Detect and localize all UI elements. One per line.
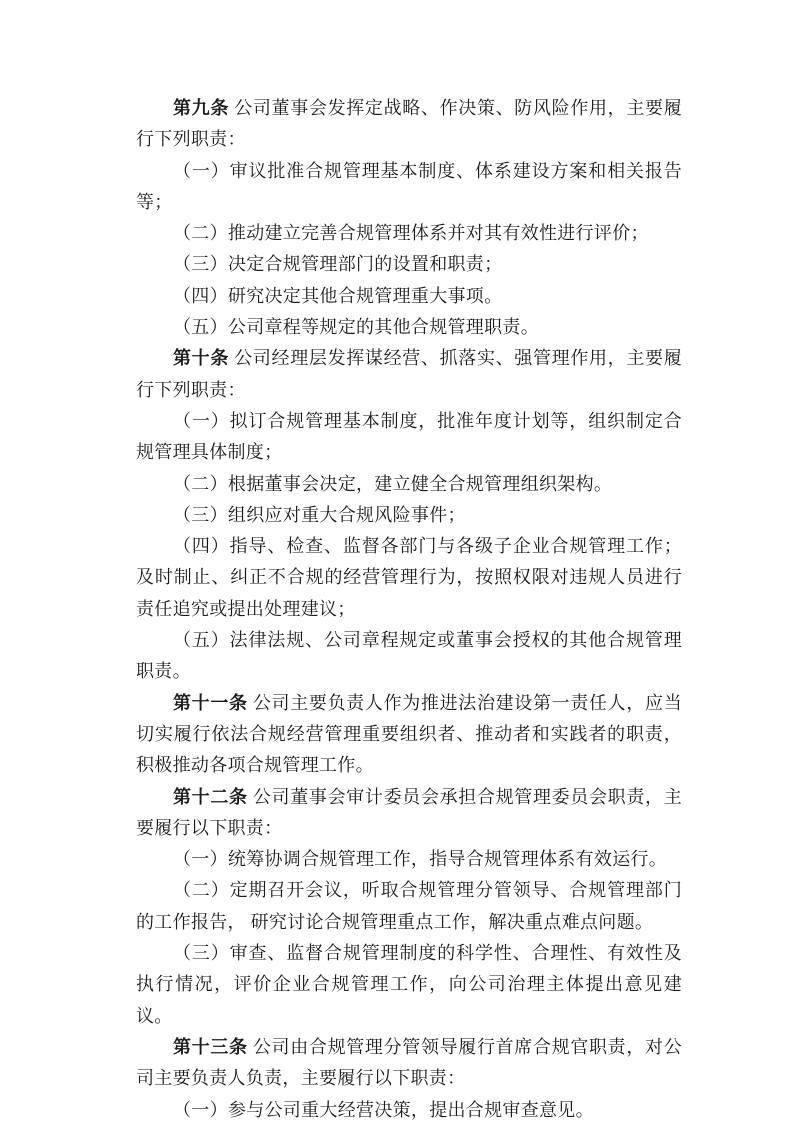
list-item: （五）法律法规、公司章程规定或董事会授权的其他合规管理职责。: [136, 625, 682, 688]
list-item: （四）指导、检查、监督各部门与各级子企业合规管理工作；及时制止、纠正不合规的经营…: [136, 531, 682, 625]
paragraph-text: （二）根据董事会决定，建立健全合规管理组织架构。: [173, 474, 612, 494]
list-item: （一）审议批准合规管理基本制度、体系建设方案和相关报告等；: [136, 156, 682, 219]
paragraph-text: （一）参与公司重大经营决策，提出合规审查意见。: [173, 1100, 594, 1120]
paragraph-text: （四）研究决定其他合规管理重大事项。: [173, 286, 502, 306]
paragraph-article-9: 第九条 公司董事会发挥定战略、作决策、防风险作用，主要履行下列职责：: [136, 93, 682, 156]
paragraph-text: （三）审查、监督合规管理制度的科学性、合理性、有效性及执行情况，评价企业合规管理…: [136, 943, 682, 1026]
paragraph-article-10: 第十条 公司经理层发挥谋经营、抓落实、强管理作用，主要履行下列职责：: [136, 343, 682, 406]
list-item: （三）审查、监督合规管理制度的科学性、合理性、有效性及执行情况，评价企业合规管理…: [136, 938, 682, 1032]
list-item: （二）推动建立完善合规管理体系并对其有效性进行评价；: [136, 218, 682, 249]
article-number: 第十三条: [173, 1037, 248, 1057]
paragraph-text: （三）组织应对重大合规风险事件；: [173, 505, 466, 525]
paragraph-text: （三）决定合规管理部门的设置和职责；: [173, 254, 502, 274]
paragraph-text: （二）推动建立完善合规管理体系并对其有效性进行评价；: [173, 223, 649, 243]
list-item: （一）参与公司重大经营决策，提出合规审查意见。: [136, 1095, 682, 1122]
paragraph-article-13: 第十三条 公司由合规管理分管领导履行首席合规官职责，对公司主要负责人负责，主要履…: [136, 1032, 682, 1095]
document-body: 第九条 公司董事会发挥定战略、作决策、防风险作用，主要履行下列职责： （一）审议…: [136, 93, 682, 1122]
list-item: （一）统筹协调合规管理工作，指导合规管理体系有效运行。: [136, 844, 682, 875]
list-item: （三）组织应对重大合规风险事件；: [136, 500, 682, 531]
list-item: （一）拟订合规管理基本制度，批准年度计划等，组织制定合规管理具体制度；: [136, 406, 682, 469]
paragraph-text: （一）统筹协调合规管理工作，指导合规管理体系有效运行。: [173, 849, 667, 869]
document-page: 第九条 公司董事会发挥定战略、作决策、防风险作用，主要履行下列职责： （一）审议…: [0, 0, 794, 1122]
list-item: （二）定期召开会议，听取合规管理分管领导、合规管理部门的工作报告， 研究讨论合规…: [136, 875, 682, 938]
list-item: （五）公司章程等规定的其他合规管理职责。: [136, 312, 682, 343]
article-number: 第十条: [173, 348, 229, 368]
article-number: 第九条: [173, 98, 229, 118]
paragraph-text: （一）审议批准合规管理基本制度、体系建设方案和相关报告等；: [136, 161, 682, 212]
article-number: 第十二条: [173, 787, 248, 807]
list-item: （二）根据董事会决定，建立健全合规管理组织架构。: [136, 469, 682, 500]
paragraph-text: （一）拟订合规管理基本制度，批准年度计划等，组织制定合规管理具体制度；: [136, 411, 682, 462]
paragraph-text: （二）定期召开会议，听取合规管理分管领导、合规管理部门的工作报告， 研究讨论合规…: [136, 880, 682, 931]
list-item: （四）研究决定其他合规管理重大事项。: [136, 281, 682, 312]
paragraph-text: （四）指导、检查、监督各部门与各级子企业合规管理工作；及时制止、纠正不合规的经营…: [136, 536, 682, 619]
article-number: 第十一条: [173, 693, 248, 713]
list-item: （三）决定合规管理部门的设置和职责；: [136, 249, 682, 280]
paragraph-text: （五）法律法规、公司章程规定或董事会授权的其他合规管理职责。: [136, 630, 682, 681]
paragraph-article-11: 第十一条 公司主要负责人作为推进法治建设第一责任人，应当切实履行依法合规经营管理…: [136, 688, 682, 782]
paragraph-text: （五）公司章程等规定的其他合规管理职责。: [173, 317, 539, 337]
paragraph-article-12: 第十二条 公司董事会审计委员会承担合规管理委员会职责，主要履行以下职责：: [136, 782, 682, 845]
